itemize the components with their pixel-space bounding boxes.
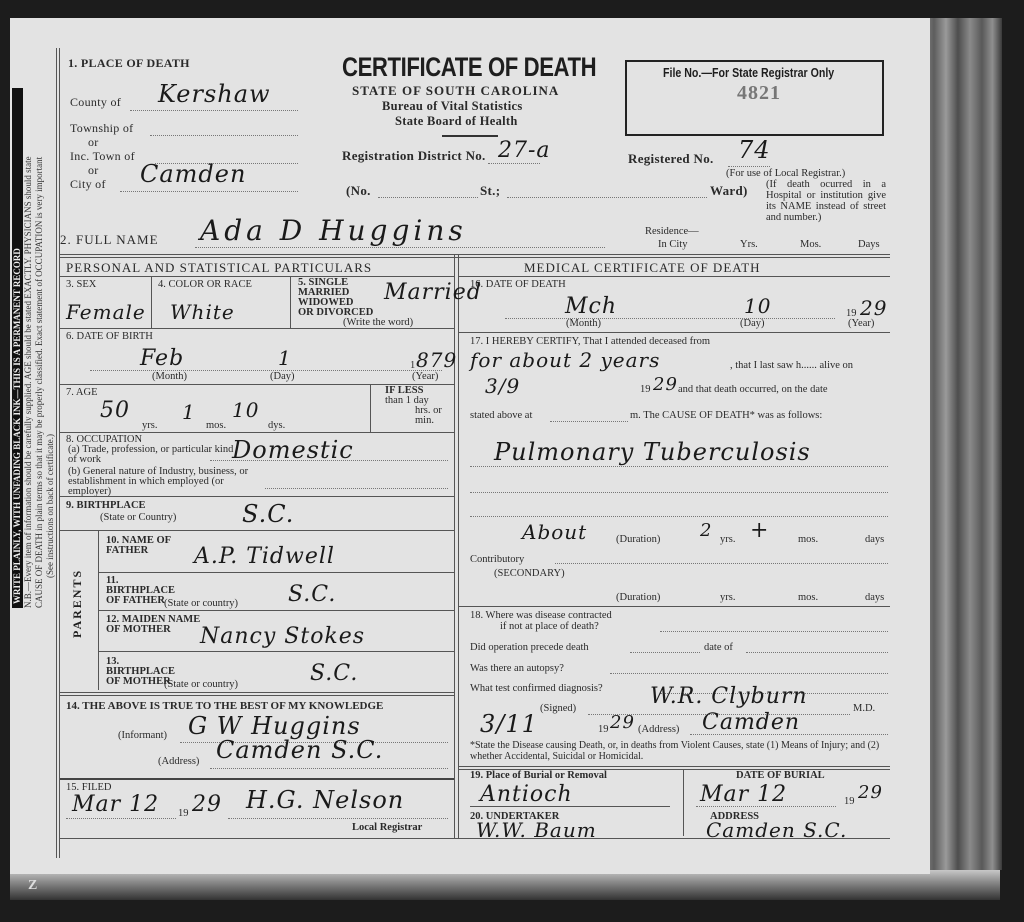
left-border [56, 48, 57, 858]
informant-address-line [210, 768, 448, 769]
burial-date-value: Mar 12 [700, 782, 787, 807]
street-no-line [378, 197, 478, 198]
occupation-value: Domestic [232, 436, 354, 464]
medical-rule-1 [458, 332, 890, 333]
physician-signature: W.R. Clyburn [650, 684, 808, 709]
place-of-death-heading: 1. PLACE OF DEATH [68, 56, 190, 71]
center-divider-inner [458, 254, 459, 838]
registration-district-label: Registration District No. [342, 148, 486, 164]
registered-line [728, 166, 770, 167]
burial-year-prefix: 19 [844, 796, 855, 807]
date-of-label: date of [704, 642, 733, 653]
last-saw-year-prefix: 19 [640, 384, 651, 395]
birthplace-sub: (State or Country) [100, 512, 176, 523]
township-label: Township of [70, 121, 133, 136]
secondary-label: (SECONDARY) [494, 568, 565, 579]
local-registrar-label: Local Registrar [352, 822, 422, 833]
section-divider [60, 254, 890, 258]
board-name: State Board of Health [395, 114, 518, 129]
medical-heading: MEDICAL CERTIFICATE OF DEATH [524, 260, 761, 276]
contracted-line [660, 631, 888, 632]
secondary-mos-label: mos. [798, 592, 818, 603]
last-saw-value: 3/9 [485, 374, 520, 398]
side-note-line1: N.B.—Every item of information should be… [23, 88, 34, 608]
registered-no-label: Registered No. [628, 151, 714, 167]
death-year-caption: (Year) [848, 318, 874, 329]
death-year: 29 [860, 296, 887, 320]
book-page-edges [922, 18, 1002, 870]
sex-label: 3. SEX [66, 279, 96, 290]
mother-name-value: Nancy Stokes [200, 624, 365, 649]
duration-months: + [750, 518, 769, 543]
dob-year-prefix: 1 [410, 360, 415, 371]
birthplace-label: 9. BIRTHPLACE [66, 500, 146, 511]
marital-label-5: (Write the word) [298, 318, 413, 328]
dob-month: Feb [140, 346, 184, 371]
death-certificate-page: WRITE PLAINLY, WITH UNFADING BLACK INK—T… [10, 18, 930, 874]
burial-date-label: DATE OF BURIAL [736, 770, 825, 781]
residence-label: Residence— [645, 226, 699, 237]
birthplace-value: S.C. [242, 500, 294, 528]
cause-line-1 [470, 466, 888, 467]
dob-day: 1 [278, 346, 292, 370]
certify-text: 17. I HEREBY CERTIFY, That I attended de… [470, 336, 710, 347]
filed-year-value: 29 [192, 792, 222, 817]
burial-divider [683, 770, 684, 836]
row-rule-3 [60, 432, 454, 433]
duration-label: (Duration) [616, 534, 660, 545]
city-label: City of [70, 177, 106, 192]
duration-years: 2 [700, 520, 712, 541]
filed-registrar-line [228, 818, 448, 819]
file-number-box: File No.—For State Registrar Only 4821 [625, 60, 884, 136]
occupation-b-label: (b) General nature of Industry, business… [68, 467, 268, 497]
full-name-label: 2. FULL NAME [60, 232, 159, 248]
medical-heading-rule [458, 276, 890, 277]
side-note-header: WRITE PLAINLY, WITH UNFADING BLACK INK—T… [12, 88, 23, 608]
informant-bottom-rule [60, 778, 454, 780]
registration-district-value: 27-a [498, 138, 551, 163]
time-line [550, 421, 628, 422]
bureau-name: Bureau of Vital Statistics [382, 99, 523, 114]
street-no-label: (No. [346, 183, 371, 199]
duration-days-label: days [865, 534, 884, 545]
or-text-2: or [88, 163, 99, 178]
file-number: 4821 [737, 82, 781, 105]
contracted-label-2: if not at place of death? [500, 621, 599, 632]
age-months: 1 [182, 400, 196, 424]
row-rule-1 [60, 328, 454, 329]
row-rule-5 [60, 530, 454, 531]
less-min: min. [385, 416, 442, 426]
filed-date-value: Mar 12 [72, 792, 159, 817]
informant-label: (Informant) [118, 730, 167, 741]
dob-year: 879 [416, 348, 457, 372]
filed-date-line [66, 818, 176, 819]
street-line [507, 197, 707, 198]
age-yrs-label: yrs. [142, 420, 157, 431]
less-than-day: IF LESS than 1 day hrs. or min. [385, 386, 442, 426]
undertaker-value: W.W. Baum [476, 818, 597, 842]
file-box-label: File No.—For State Registrar Only [663, 66, 834, 80]
age-mos-label: mos. [206, 420, 226, 431]
dob-year-caption: (Year) [412, 371, 438, 382]
occupation-a-label: (a) Trade, profession, or particular kin… [68, 445, 238, 465]
certificate-title: CERTIFICATE OF DEATH [342, 52, 596, 83]
personal-heading-rule [60, 276, 454, 277]
test-label: What test confirmed diagnosis? [470, 683, 603, 694]
physician-address-label: (Address) [638, 724, 679, 735]
cause-footnote: *State the Disease causing Death, or, in… [470, 740, 890, 762]
parents-rule-2 [98, 610, 454, 611]
side-note-line3: (See instructions on back of certificate… [45, 88, 56, 608]
race-label: 4. COLOR OR RACE [158, 279, 252, 290]
informant-address-label: (Address) [158, 756, 199, 767]
mother-name-label: 12. MAIDEN NAME OF MOTHER [106, 615, 206, 635]
physician-address-value: Camden [702, 710, 800, 735]
signed-year: 29 [610, 712, 635, 733]
parents-bottom-rule [60, 692, 454, 696]
dob-day-caption: (Day) [270, 371, 295, 382]
sex-race-divider [151, 276, 152, 328]
informant-heading: 14. THE ABOVE IS TRUE TO THE BEST OF MY … [66, 700, 383, 712]
burial-date-line [696, 806, 836, 807]
parents-rule-1 [98, 572, 454, 573]
side-instructions: WRITE PLAINLY, WITH UNFADING BLACK INK—T… [12, 88, 56, 608]
city-line [120, 191, 298, 192]
duration-yrs-label: yrs. [720, 534, 735, 545]
informant-address-value: Camden S.C. [216, 736, 383, 764]
cause-intro-text: m. The CAUSE OF DEATH* was as follows: [630, 410, 822, 421]
residence-in-city-label: In City [658, 239, 687, 250]
ward-label: Ward) [710, 183, 748, 199]
sex-value: Female [66, 300, 146, 324]
local-registrar-note: (For use of Local Registrar.) [726, 168, 845, 179]
burial-place-value: Antioch [480, 782, 573, 807]
bottom-strip-letter: Z [28, 878, 37, 894]
state-name: STATE OF SOUTH CAROLINA [352, 83, 559, 99]
contributory-label: Contributory [470, 554, 524, 565]
signed-year-prefix: 19 [598, 724, 609, 735]
residence-mos-label: Mos. [800, 239, 821, 250]
autopsy-line [610, 673, 888, 674]
death-day-caption: (Day) [740, 318, 765, 329]
personal-heading: PERSONAL AND STATISTICAL PARTICULARS [66, 260, 372, 276]
contributory-line [555, 563, 888, 564]
mother-birthplace-value: S.C. [310, 661, 358, 686]
md-label: M.D. [853, 703, 875, 714]
death-day: 10 [744, 294, 771, 318]
secondary-duration-label: (Duration) [616, 592, 660, 603]
mother-birthplace-sub: (State or country) [164, 679, 238, 690]
date-of-line [746, 652, 888, 653]
left-border-inner [59, 48, 60, 858]
parents-section-label: PARENTS [70, 569, 85, 638]
contracted-label-1: 18. Where was disease contracted [470, 610, 612, 621]
duration-mos-label: mos. [798, 534, 818, 545]
attended-value: for about 2 years [470, 348, 660, 372]
death-date-line [505, 318, 835, 319]
burial-place-line [470, 806, 670, 807]
county-value: Kershaw [158, 80, 271, 108]
page-bottom-shadow [10, 870, 1000, 900]
registrar-signature: H.G. Nelson [246, 786, 404, 814]
cause-line-3 [470, 516, 888, 517]
burial-year-value: 29 [858, 782, 883, 803]
full-name-value: Ada D Huggins [200, 214, 467, 247]
stated-above-text: stated above at [470, 410, 532, 421]
death-month-caption: (Month) [566, 318, 601, 329]
operation-label: Did operation precede death [470, 642, 589, 653]
father-birthplace-sub: (State or country) [164, 598, 238, 609]
filed-year-prefix: 19 [178, 808, 189, 819]
death-month: Mch [565, 294, 617, 319]
burial-place-label: 19. Place of Burial or Removal [470, 770, 607, 781]
dob-month-caption: (Month) [152, 371, 187, 382]
age-dys-label: dys. [268, 420, 285, 431]
father-name-value: A.P. Tidwell [194, 544, 335, 569]
county-label: County of [70, 95, 121, 110]
duration-prefix: About [522, 520, 587, 544]
parents-rule-3 [98, 651, 454, 652]
undertaker-address-value: Camden S.C. [706, 818, 847, 842]
full-name-line [195, 247, 605, 248]
race-marital-divider [290, 276, 291, 328]
row-rule-4 [60, 496, 454, 497]
county-line [130, 110, 298, 111]
medical-rule-2 [458, 606, 890, 607]
signed-date: 3/11 [480, 710, 538, 738]
age-years: 50 [100, 398, 130, 423]
inc-town-label: Inc. Town of [70, 149, 135, 164]
cause-line-2 [470, 492, 888, 493]
hospital-note: (If death ocurred in a Hospital or insti… [766, 179, 886, 223]
township-line [150, 135, 298, 136]
date-of-death-label: 16. DATE OF DEATH [470, 279, 566, 290]
center-divider [454, 254, 455, 838]
death-occurred-text: and that death occurred, on the date [678, 384, 828, 395]
autopsy-label: Was there an autopsy? [470, 663, 564, 674]
age-less-divider [370, 384, 371, 432]
signed-label: (Signed) [540, 703, 576, 714]
residence-days-label: Days [858, 239, 880, 250]
father-birthplace-value: S.C. [288, 582, 336, 607]
residence-yrs-label: Yrs. [740, 239, 758, 250]
race-value: White [170, 300, 235, 324]
secondary-days-label: days [865, 592, 884, 603]
operation-line [630, 652, 700, 653]
last-saw-text: , that I last saw h...... alive on [730, 360, 853, 371]
age-label: 7. AGE [66, 387, 98, 398]
age-days: 10 [232, 398, 259, 422]
occupation-b-line [265, 488, 448, 489]
marital-value: Married [384, 280, 482, 305]
street-label: St.; [480, 183, 500, 199]
secondary-yrs-label: yrs. [720, 592, 735, 603]
title-rule [442, 135, 498, 137]
registered-no-value: 74 [738, 136, 771, 164]
district-line [488, 163, 540, 164]
last-saw-year: 29 [653, 374, 678, 395]
city-value: Camden [140, 160, 246, 188]
or-text-1: or [88, 135, 99, 150]
cause-of-death-value: Pulmonary Tuberculosis [494, 438, 811, 466]
father-name-label: 10. NAME OF FATHER [106, 536, 186, 556]
side-note-line2: CAUSE OF DEATH in plain terms so that it… [34, 88, 45, 608]
dob-label: 6. DATE OF BIRTH [66, 331, 153, 342]
